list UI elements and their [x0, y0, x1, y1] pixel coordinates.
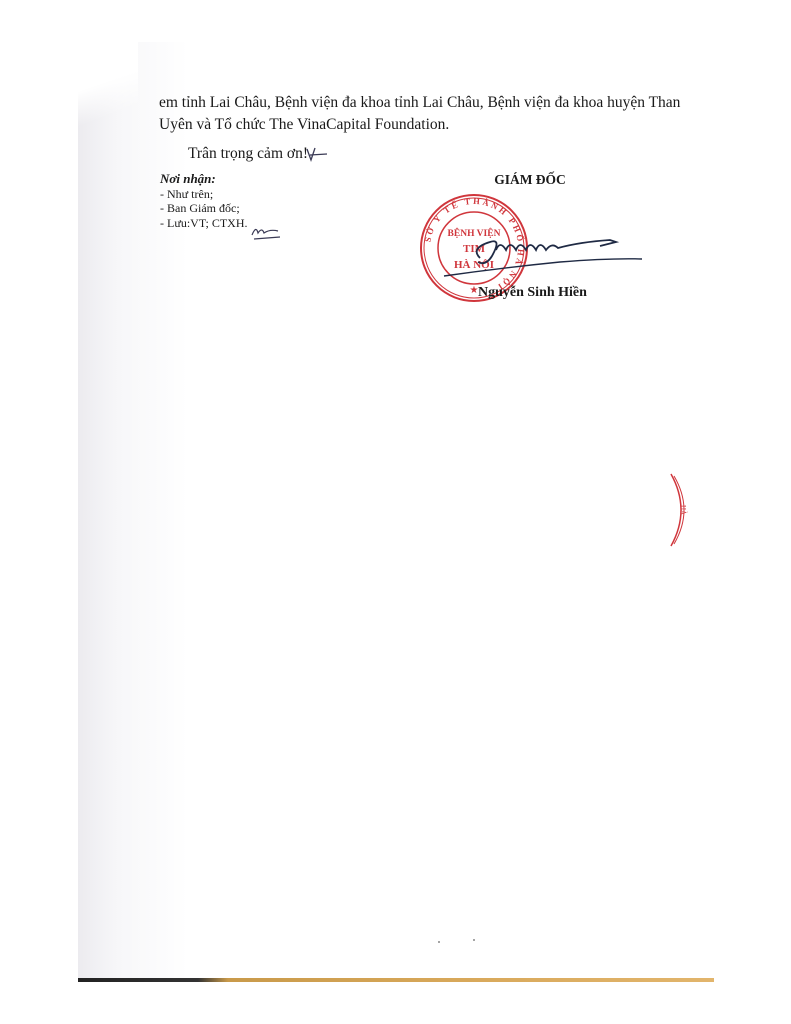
signer-role: GIÁM ĐỐC [470, 172, 590, 188]
signer-name: Nguyễn Sinh Hiền [478, 285, 587, 301]
body-line: em tỉnh Lai Châu, Bệnh viện đa khoa tỉnh… [159, 92, 704, 114]
speck [438, 941, 440, 943]
handwritten-initial-icon [305, 146, 331, 164]
signature-icon [440, 228, 645, 288]
closing-line: Trân trọng cảm ơn! [188, 145, 308, 163]
recipient-item: - Lưu:VT; CTXH. [160, 216, 248, 231]
body-paragraph: em tỉnh Lai Châu, Bệnh viện đa khoa tỉnh… [159, 92, 704, 136]
speck [473, 939, 475, 941]
stamp-fragment-text: HÀ [679, 505, 687, 515]
closing-text: Trân trọng cảm ơn! [188, 145, 308, 162]
signer-block: GIÁM ĐỐC [470, 172, 590, 188]
handwritten-initial-icon [248, 223, 286, 243]
page-bottom-edge [78, 978, 714, 982]
recipients-title: Nơi nhận: [160, 172, 248, 187]
recipient-item: - Ban Giám đốc; [160, 201, 248, 216]
recipient-item: - Như trên; [160, 187, 248, 202]
recipients-block: Nơi nhận: - Như trên; - Ban Giám đốc; - … [160, 172, 248, 230]
body-line: Uyên và Tổ chức The VinaCapital Foundati… [159, 114, 704, 136]
stamp-fragment-icon: HÀ [665, 470, 695, 550]
page-corner-shadow [78, 42, 138, 162]
